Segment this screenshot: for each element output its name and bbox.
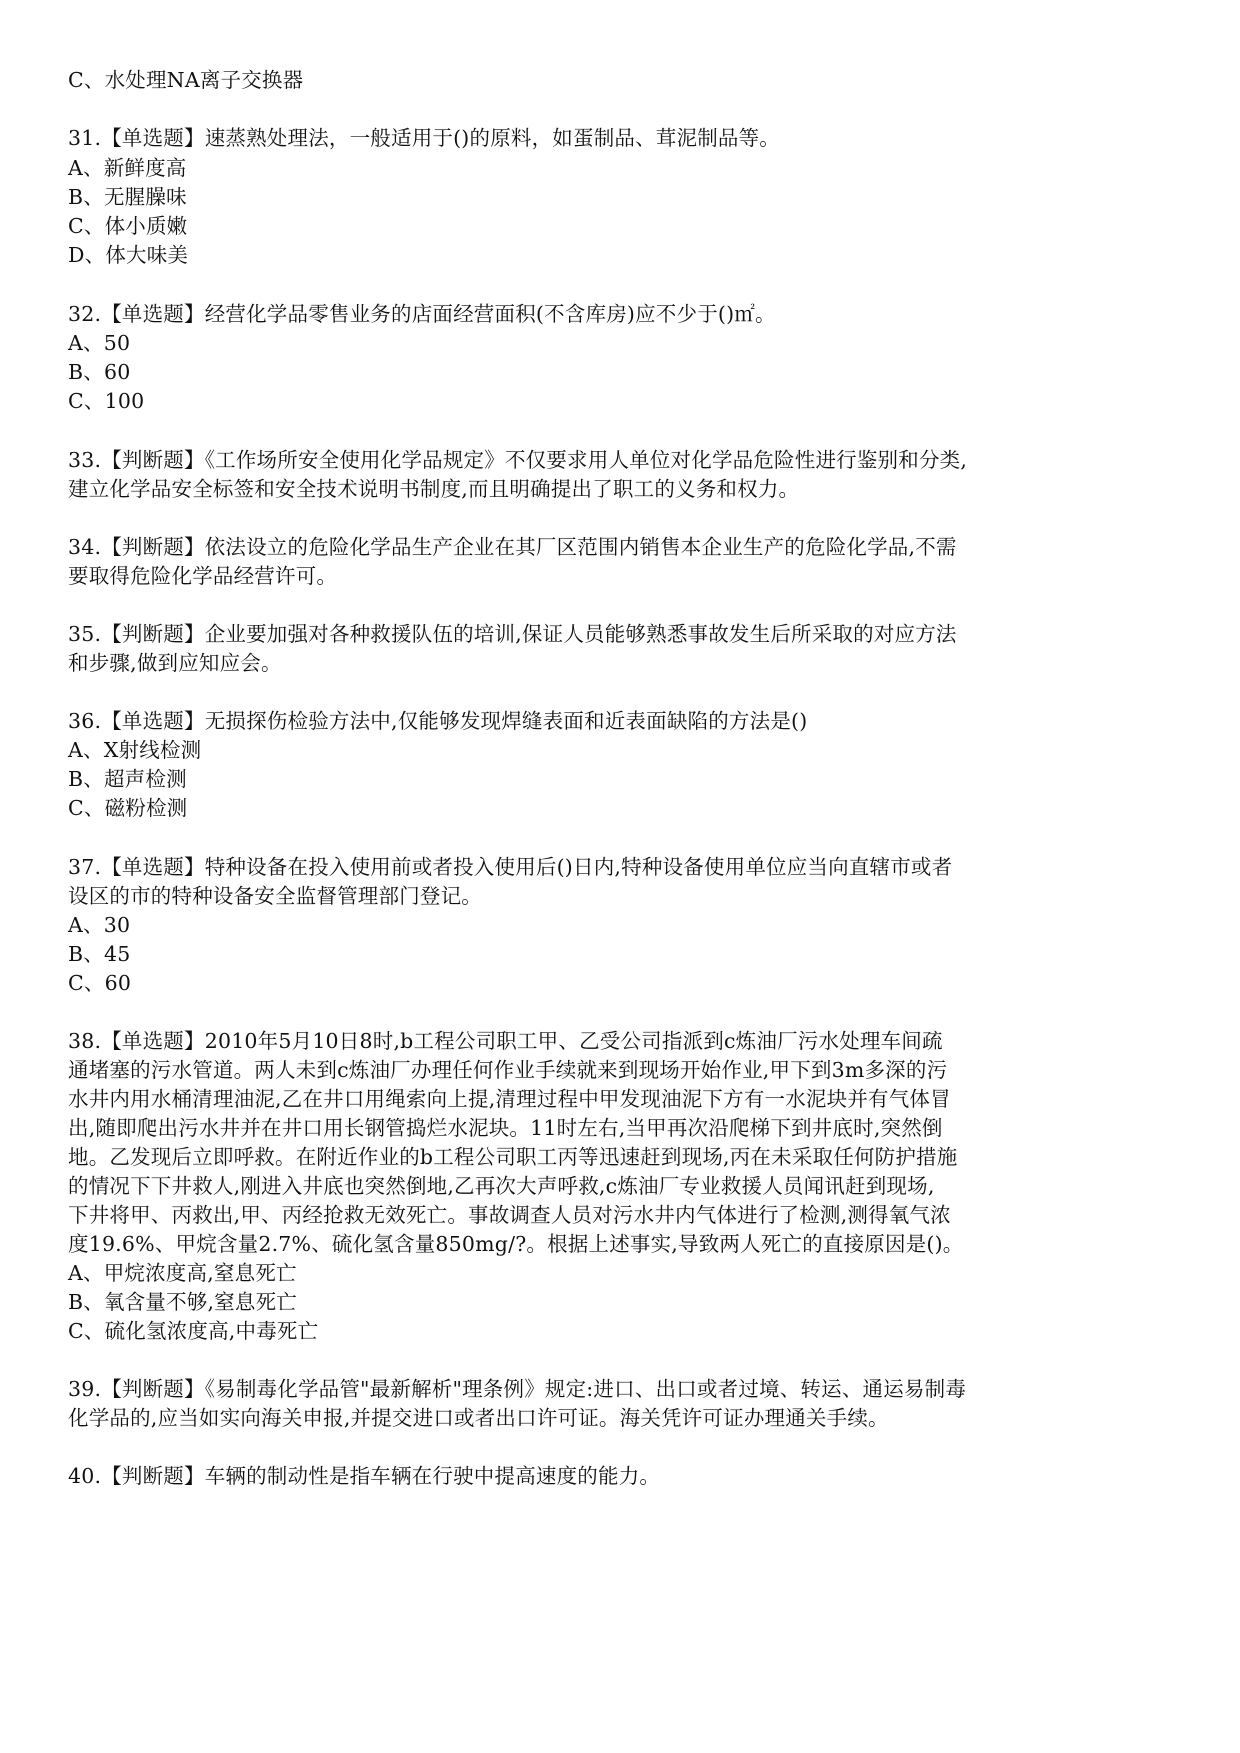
option-a: A、X射线检测 [68,736,201,765]
question-text: 无损探伤检验方法中,仅能够发现焊缝表面和近表面缺陷的方法是() [205,709,808,733]
question-type: 【单选题】 [101,302,205,326]
question-34: 34.【判断题】依法设立的危险化学品生产企业在其厂区范围内销售本企业生产的危险化… [68,533,957,562]
option-c: C、60 [68,969,131,998]
question-type: 【单选题】 [101,855,205,879]
question-text: 《工作场所安全使用化学品规定》不仅要求用人单位对化学品危险性进行鉴别和分类, [205,448,967,472]
question-type: 【判断题】 [101,448,205,472]
option-c: C、体小质嫩 [68,212,187,241]
question-text: 特种设备在投入使用前或者投入使用后()日内,特种设备使用单位应当向直辖市或者 [205,855,953,879]
question-type: 【判断题】 [101,535,205,559]
question-text-continued: 度19.6%、甲烷含量2.7%、硫化氢含量850mg/?。根据上述事实,导致两人… [68,1230,964,1259]
document-page: C、水处理NA离子交换器 31.【单选题】速蒸熟处理法，一般适用于()的原料，如… [0,0,1240,1753]
question-type: 【单选题】 [101,709,205,733]
question-36: 36.【单选题】无损探伤检验方法中,仅能够发现焊缝表面和近表面缺陷的方法是() [68,707,807,736]
question-type: 【判断题】 [101,1377,205,1401]
question-text: 企业要加强对各种救援队伍的培训,保证人员能够熟悉事故发生后所采取的对应方法 [205,622,957,646]
question-38: 38.【单选题】2010年5月10日8时,b工程公司职工甲、乙受公司指派到c炼油… [68,1027,943,1056]
question-text: 《易制毒化学品管"最新解析"理条例》规定:进口、出口或者过境、转运、通运易制毒 [205,1377,966,1401]
option-c: C、磁粉检测 [68,794,187,823]
question-text-continued: 和步骤,做到应知应会。 [68,649,282,678]
question-number: 40. [68,1464,101,1488]
question-text-continued: 化学品的,应当如实向海关申报,并提交进口或者出口许可证。海关凭许可证办理通关手续… [68,1404,889,1433]
option-a: A、甲烷浓度高,窒息死亡 [68,1259,297,1288]
question-text: 速蒸熟处理法，一般适用于()的原料，如蛋制品、茸泥制品等。 [205,126,780,150]
question-37: 37.【单选题】特种设备在投入使用前或者投入使用后()日内,特种设备使用单位应当… [68,853,952,882]
question-number: 33. [68,448,101,472]
option-b: B、无腥臊味 [68,183,187,212]
question-number: 35. [68,622,101,646]
option-b: B、45 [68,940,130,969]
option-b: B、60 [68,358,130,387]
question-text-continued: 的情况下下井救人,刚进入井底也突然倒地,乙再次大声呼救,c炼油厂专业救援人员闻讯… [68,1172,935,1201]
option-d: D、体大味美 [68,241,188,270]
question-type: 【单选题】 [101,126,205,150]
question-type: 【判断题】 [101,1464,205,1488]
question-33: 33.【判断题】《工作场所安全使用化学品规定》不仅要求用人单位对化学品危险性进行… [68,446,967,475]
question-text: 车辆的制动性是指车辆在行驶中提高速度的能力。 [205,1464,660,1488]
question-40: 40.【判断题】车辆的制动性是指车辆在行驶中提高速度的能力。 [68,1462,660,1491]
question-31: 31.【单选题】速蒸熟处理法，一般适用于()的原料，如蛋制品、茸泥制品等。 [68,124,780,153]
question-text: 2010年5月10日8时,b工程公司职工甲、乙受公司指派到c炼油厂污水处理车间疏 [205,1029,943,1053]
question-text-continued: 设区的市的特种设备安全监督管理部门登记。 [68,882,482,911]
question-35: 35.【判断题】企业要加强对各种救援队伍的培训,保证人员能够熟悉事故发生后所采取… [68,620,957,649]
question-text-continued: 地。乙发现后立即呼救。在附近作业的b工程公司职工丙等迅速赶到现场,丙在未采取任何… [68,1143,957,1172]
question-type: 【单选题】 [101,1029,205,1053]
question-text-continued: 通堵塞的污水管道。两人未到c炼油厂办理任何作业手续就来到现场开始作业,甲下到3m… [68,1056,947,1085]
question-text: 依法设立的危险化学品生产企业在其厂区范围内销售本企业生产的危险化学品,不需 [205,535,957,559]
continuation-option: C、水处理NA离子交换器 [68,66,303,95]
option-b: B、超声检测 [68,765,187,794]
option-b: B、氧含量不够,窒息死亡 [68,1288,297,1317]
question-32: 32.【单选题】经营化学品零售业务的店面经营面积(不含库房)应不少于()㎡。 [68,300,776,329]
question-number: 34. [68,535,101,559]
question-text-continued: 水井内用水桶清理油泥,乙在井口用绳索向上提,清理过程中甲发现油泥下方有一水泥块并… [68,1085,951,1114]
option-a: A、30 [68,911,130,940]
option-a: A、新鲜度高 [68,154,187,183]
question-text-continued: 下井将甲、丙救出,甲、丙经抢救无效死亡。事故调查人员对污水井内气体进行了检测,测… [68,1201,951,1230]
option-c: C、硫化氢浓度高,中毒死亡 [68,1317,318,1346]
question-number: 39. [68,1377,101,1401]
question-number: 38. [68,1029,101,1053]
question-number: 31. [68,126,101,150]
question-39: 39.【判断题】《易制毒化学品管"最新解析"理条例》规定:进口、出口或者过境、转… [68,1375,966,1404]
question-text-continued: 建立化学品安全标签和安全技术说明书制度,而且明确提出了职工的义务和权力。 [68,475,799,504]
question-number: 36. [68,709,101,733]
question-text-continued: 出,随即爬出污水井并在井口用长钢管捣烂水泥块。11时左右,当甲再次沿爬梯下到井底… [68,1114,943,1143]
question-number: 32. [68,302,101,326]
question-text-continued: 要取得危险化学品经营许可。 [68,562,337,591]
option-a: A、50 [68,329,130,358]
question-type: 【判断题】 [101,622,205,646]
option-c: C、100 [68,387,144,416]
question-text: 经营化学品零售业务的店面经营面积(不含库房)应不少于()㎡。 [205,302,776,326]
question-number: 37. [68,855,101,879]
